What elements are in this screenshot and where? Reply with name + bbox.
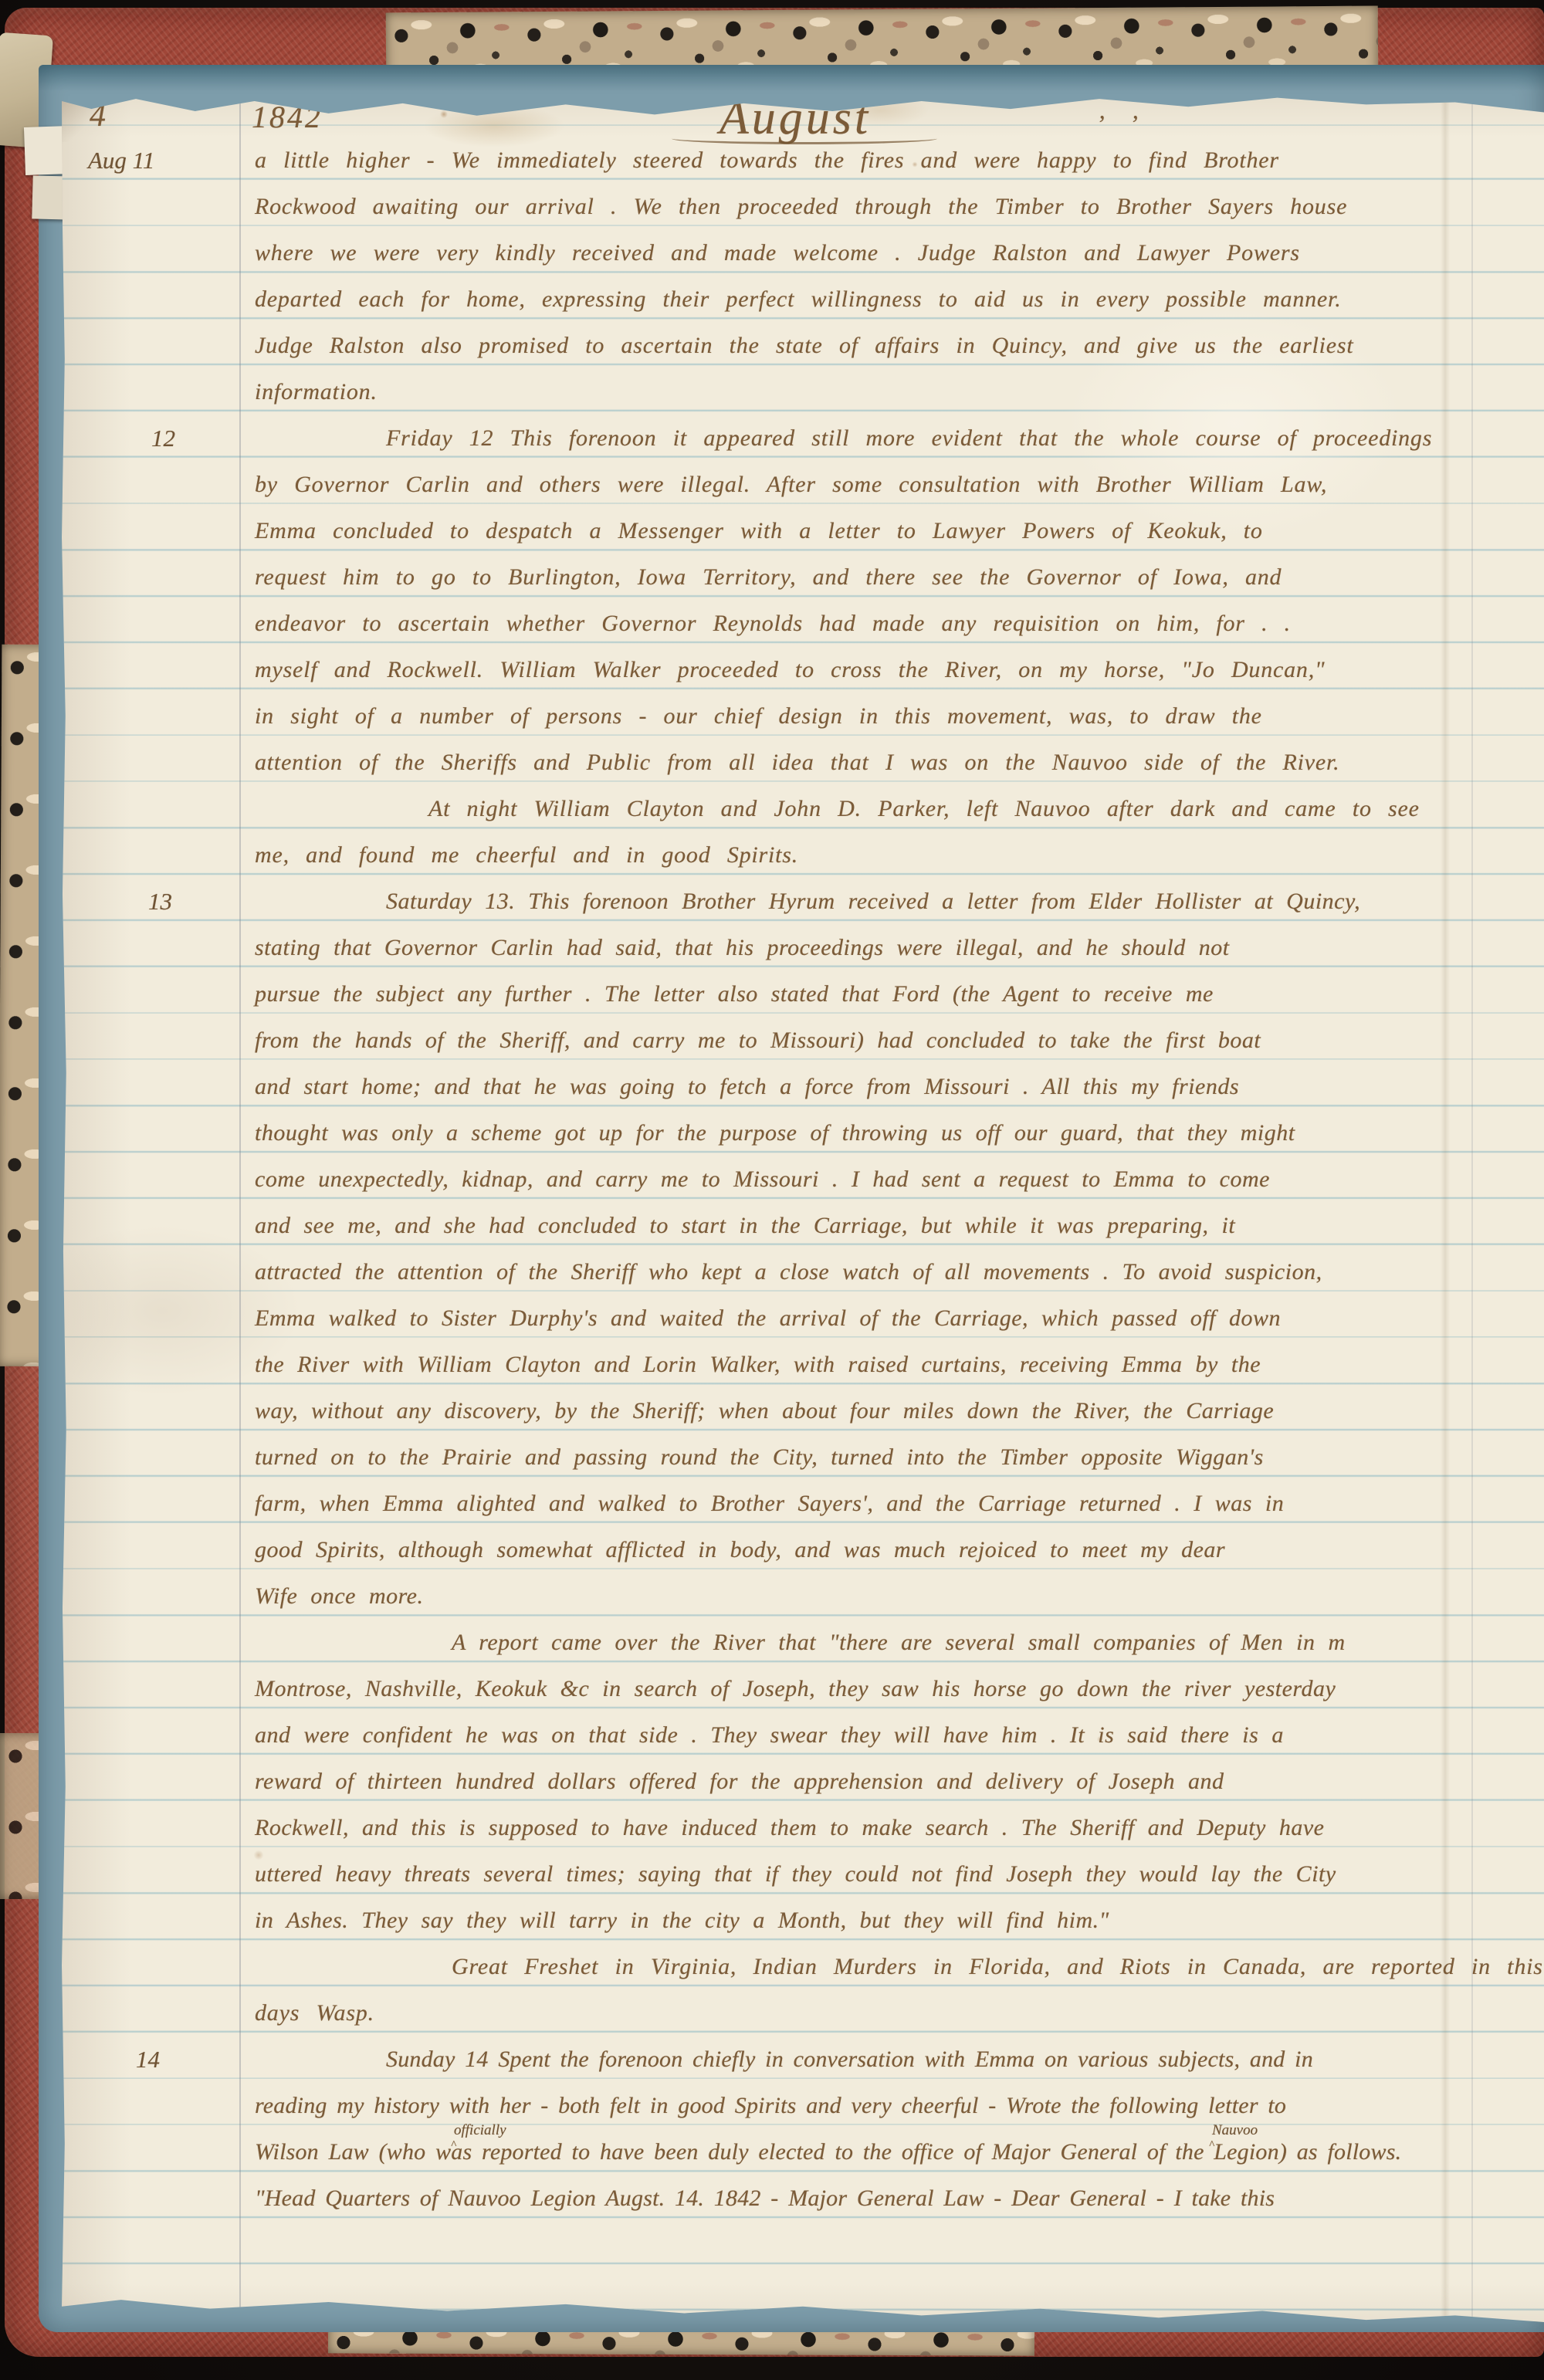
interline-insertion: Nauvoo bbox=[1212, 2123, 1258, 2138]
journal-entry-aug-13: 13Saturday 13. This forenoon Brother Hyr… bbox=[77, 879, 1544, 1620]
journal-entry-aug-14: 14Sunday 14 Spent the forenoon chiefly i… bbox=[77, 2036, 1544, 2222]
journal-line: me, and found me cheerful and in good Sp… bbox=[255, 832, 1544, 879]
journal-line: by Governor Carlin and others were illeg… bbox=[255, 462, 1544, 508]
journal-line: departed each for home, expressing their… bbox=[255, 276, 1544, 323]
journal-line: and see me, and she had concluded to sta… bbox=[255, 1203, 1544, 1249]
interline-insertion: officially bbox=[454, 2123, 506, 2138]
margin-date-label: 14 bbox=[136, 2036, 160, 2083]
journal-entry-aug-12-night: At night William Clayton and John D. Par… bbox=[77, 786, 1544, 879]
journal-line: Sunday 14 Spent the forenoon chiefly in … bbox=[255, 2036, 1544, 2083]
margin-date-label: Aug 11 bbox=[88, 137, 154, 184]
journal-entries: Aug 11a little higher - We immediately s… bbox=[77, 137, 1544, 2222]
entry-lines: Sunday 14 Spent the forenoon chiefly in … bbox=[255, 2036, 1544, 2222]
journal-line: Friday 12 This forenoon it appeared stil… bbox=[255, 415, 1544, 462]
journal-line: Judge Ralston also promised to ascertain… bbox=[255, 323, 1544, 369]
journal-line: the River with William Clayton and Lorin… bbox=[255, 1342, 1544, 1388]
journal-photograph: 4 1842 August ’ ’ Aug 11a little higher … bbox=[0, 0, 1544, 2380]
entry-lines: Saturday 13. This forenoon Brother Hyrum… bbox=[255, 879, 1544, 1620]
entry-lines: Friday 12 This forenoon it appeared stil… bbox=[255, 415, 1544, 786]
journal-line: "Head Quarters of Nauvoo Legion Augst. 1… bbox=[255, 2175, 1544, 2222]
journal-line: attention of the Sheriffs and Public fro… bbox=[255, 740, 1544, 786]
journal-line: attracted the attention of the Sheriff w… bbox=[255, 1249, 1544, 1295]
journal-line: stating that Governor Carlin had said, t… bbox=[255, 925, 1544, 971]
margin-date-label: 12 bbox=[151, 415, 175, 462]
journal-line: Wife once more. bbox=[255, 1573, 1544, 1620]
journal-line: request him to go to Burlington, Iowa Te… bbox=[255, 554, 1544, 601]
journal-line: reading my history with her - both felt … bbox=[255, 2083, 1544, 2129]
journal-entry-aug-13-report: A report came over the River that "there… bbox=[77, 1620, 1544, 1944]
journal-line: A report came over the River that "there… bbox=[255, 1620, 1544, 1666]
journal-line: pursue the subject any further . The let… bbox=[255, 971, 1544, 1017]
journal-line: and were confident he was on that side .… bbox=[255, 1712, 1544, 1759]
journal-line: Great Freshet in Virginia, Indian Murder… bbox=[255, 1944, 1544, 1990]
journal-line: Montrose, Nashville, Keokuk &c in search… bbox=[255, 1666, 1544, 1712]
journal-line: reward of thirteen hundred dollars offer… bbox=[255, 1759, 1544, 1805]
manuscript-page: 4 1842 August ’ ’ Aug 11a little higher … bbox=[62, 91, 1544, 2322]
journal-line: Rockwell, and this is supposed to have i… bbox=[255, 1805, 1544, 1851]
journal-line: Rockwood awaiting our arrival . We then … bbox=[255, 184, 1544, 230]
entry-lines: At night William Clayton and John D. Par… bbox=[255, 786, 1544, 879]
journal-line: in sight of a number of persons - our ch… bbox=[255, 693, 1544, 740]
entry-lines: A report came over the River that "there… bbox=[255, 1620, 1544, 1944]
journal-line: come unexpectedly, kidnap, and carry me … bbox=[255, 1156, 1544, 1203]
journal-line: thought was only a scheme got up for the… bbox=[255, 1110, 1544, 1156]
journal-line: Saturday 13. This forenoon Brother Hyrum… bbox=[255, 879, 1544, 925]
journal-line: At night William Clayton and John D. Par… bbox=[255, 786, 1544, 832]
journal-line: endeavor to ascertain whether Governor R… bbox=[255, 601, 1544, 647]
journal-line: myself and Rockwell. William Walker proc… bbox=[255, 647, 1544, 693]
journal-line: way, without any discovery, by the Sheri… bbox=[255, 1388, 1544, 1434]
journal-line: from the hands of the Sheriff, and carry… bbox=[255, 1017, 1544, 1064]
journal-line: in Ashes. They say they will tarry in th… bbox=[255, 1898, 1544, 1944]
journal-line: days Wasp. bbox=[255, 1990, 1544, 2036]
entry-lines: a little higher - We immediately steered… bbox=[255, 137, 1544, 415]
journal-line: farm, when Emma alighted and walked to B… bbox=[255, 1481, 1544, 1527]
journal-line: Emma walked to Sister Durphy's and waite… bbox=[255, 1295, 1544, 1342]
journal-line: turned on to the Prairie and passing rou… bbox=[255, 1434, 1544, 1481]
entry-lines: Great Freshet in Virginia, Indian Murder… bbox=[255, 1944, 1544, 2036]
journal-entry-aug-12: 12Friday 12 This forenoon it appeared st… bbox=[77, 415, 1544, 786]
journal-line: Wilson Law (who was reported to have bee… bbox=[255, 2129, 1544, 2175]
margin-date-label: 13 bbox=[148, 879, 172, 925]
journal-line: and start home; and that he was going to… bbox=[255, 1064, 1544, 1110]
journal-line: uttered heavy threats several times; say… bbox=[255, 1851, 1544, 1898]
journal-line: Emma concluded to despatch a Messenger w… bbox=[255, 508, 1544, 554]
journal-entry-aug-11: Aug 11a little higher - We immediately s… bbox=[77, 137, 1544, 415]
journal-line: where we were very kindly received and m… bbox=[255, 230, 1544, 276]
journal-entry-news-wasp: Great Freshet in Virginia, Indian Murder… bbox=[77, 1944, 1544, 2036]
journal-line: information. bbox=[255, 369, 1544, 415]
pen-marks: ’ ’ bbox=[1096, 110, 1149, 138]
journal-line: good Spirits, although somewhat afflicte… bbox=[255, 1527, 1544, 1573]
journal-line: a little higher - We immediately steered… bbox=[255, 137, 1544, 184]
